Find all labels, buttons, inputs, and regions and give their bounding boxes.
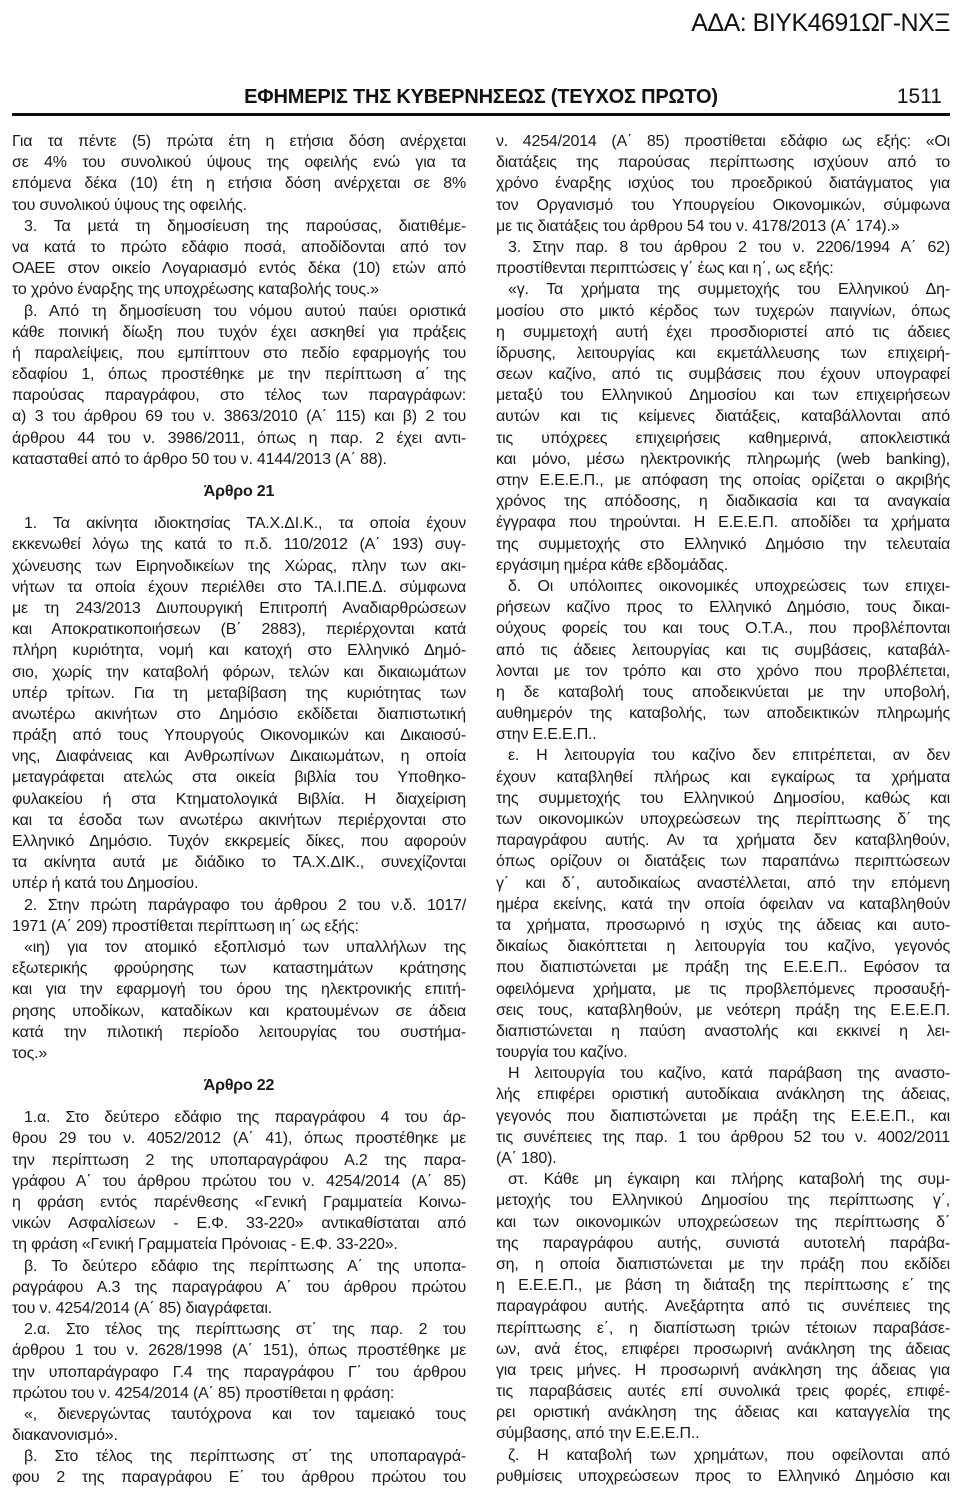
text-line: διακανονισμό».: [12, 1425, 466, 1446]
text-line: 1971 (Α΄ 209) προστίθεται περίπτωση ιη΄ …: [12, 916, 466, 937]
text-line: με τις διατάξεις του άρθρου 54 του ν. 41…: [496, 216, 950, 237]
text-line: και Αποκρατικοποιήσεων (Β΄ 2883), περιέρ…: [12, 619, 466, 640]
journal-title: ΕΦΗΜΕΡΙΣ ΤΗΣ ΚΥΒΕΡΝΗΣΕΩΣ (ΤΕΥΧΟΣ ΠΡΩΤΟ): [12, 84, 950, 110]
text-line: σεων καζίνο, από τις συμβάσεις που έχουν…: [496, 364, 950, 385]
text-line: μετοχής του Ελληνικού Δημοσίου της περίπ…: [496, 1190, 950, 1211]
text-line: του ν. 4254/2014 (Α΄ 85) διαγράφεται.: [12, 1298, 466, 1319]
text-line: η φράση εντός παρένθεσης «Γενική Γραμματ…: [12, 1192, 466, 1213]
text-line: επόμενα δέκα (10) έτη η ετήσια δόση ανέρ…: [12, 173, 466, 194]
text-line: του συνολικού ύψους της οφειλής.: [12, 195, 466, 216]
text-line: ρησης υποδίκων, καταδίκων και κρατουμένω…: [12, 1001, 466, 1022]
text-line: διαπιστώνεται η παύση αναστολής και εκκι…: [496, 1021, 950, 1042]
text-line: τα ακίνητα αυτά με διάδικο το ΤΑ.Χ.ΔΙΚ.,…: [12, 852, 466, 873]
text-line: αυθημερόν της καταβολής, των αποδεικτικώ…: [496, 703, 950, 724]
text-line: το χρόνο έναρξης της υποχρέωσης καταβολή…: [12, 279, 466, 300]
text-line: ή παραλείψεις, που εμπίπτουν στο πεδίο ε…: [12, 343, 466, 364]
text-line: οφειλόμενα χρήματα, με τις προβλεπόμενες…: [496, 979, 950, 1000]
text-line: τη φράση «Γενική Γραμματεία Πρόνοιας - Ε…: [12, 1234, 466, 1255]
text-line: πλήρη κυριότητα, νομή και κατοχή στο Ελλ…: [12, 640, 466, 661]
text-line: «γ. Τα χρήματα της συμμετοχής του Ελληνι…: [496, 279, 950, 300]
text-line: από τις άδειες λειτουργίας και τις συμβά…: [496, 640, 950, 661]
text-line: παρούσας παραγράφου, στο τέλος των παραγ…: [12, 385, 466, 406]
text-line: ση, η οποία διαπιστώνεται με την πράξη π…: [496, 1254, 950, 1275]
text-columns: Για τα πέντε (5) πρώτα έτη η ετήσια δόση…: [12, 131, 950, 1489]
text-line: ρυθμίσεις υποχρεώσεων προς το Ελληνικό Δ…: [496, 1466, 950, 1487]
text-line: άρθρου 44 του ν. 3986/2011, όπως η παρ. …: [12, 428, 466, 449]
text-line: πράξη από τους Υπουργούς Οικονομικών και…: [12, 725, 466, 746]
left-column: Για τα πέντε (5) πρώτα έτη η ετήσια δόση…: [12, 131, 466, 1489]
text-line: στ. Κάθε μη έγκαιρη και πλήρης καταβολή …: [496, 1169, 950, 1190]
text-line: 3. Τα μετά τη δημοσίευση της παρούσας, δ…: [12, 216, 466, 237]
page-number: 1511: [897, 84, 942, 110]
text-line: η δε καταβολή τους αποδεικνύεται με την …: [496, 682, 950, 703]
text-line: σιο, χωρίς την καταβολή φόρων, τελών και…: [12, 662, 466, 683]
text-line: όπως ορίζουν οι διατάξεις των παραπάνω π…: [496, 851, 950, 872]
header-rule: [12, 113, 950, 116]
text-line: έχουν καταβληθεί πλήρως και εγκαίρως τα …: [496, 767, 950, 788]
text-line: νικών Ασφαλίσεων - Ε.Φ. 33-220» αντικαθί…: [12, 1213, 466, 1234]
text-line: η Ε.Ε.Ε.Π., με βάση τη διάταξη της περίπ…: [496, 1275, 950, 1296]
text-line: λής επιφέρει οριστική αυτοδίκαια ανάκλησ…: [496, 1084, 950, 1105]
text-line: γεγονός που διαπιστώνεται με πράξη της Ε…: [496, 1106, 950, 1127]
text-line: φου 2 της παραγράφου Ε΄ του άρθρου πρώτο…: [12, 1467, 466, 1488]
text-line: Ελληνικό Δημόσιο. Τυχόν εκκρεμείς δίκες,…: [12, 831, 466, 852]
text-line: β. Από τη δημοσίευση του νόμου αυτού παύ…: [12, 301, 466, 322]
text-line: Για τα πέντε (5) πρώτα έτη η ετήσια δόση…: [12, 131, 466, 152]
text-line: μεταγράφεται ατελώς στα οικεία βιβλία το…: [12, 767, 466, 788]
text-line: ων, ανά έτος, επιφέρει προσωρινή ανάκλησ…: [496, 1339, 950, 1360]
text-line: τις παραβάσεις αυτές επί συνολικά τρεις …: [496, 1381, 950, 1402]
text-line: υπέρ τρίτων. Για τη μεταβίβαση της κυριό…: [12, 683, 466, 704]
text-line: θρου 29 του ν. 4052/2012 (Α΄ 41), όπως π…: [12, 1128, 466, 1149]
text-line: εργάσιμη ημέρα κάθε εβδομάδας.: [496, 555, 950, 576]
text-line: α) 3 του άρθρου 69 του ν. 3863/2010 (Α΄ …: [12, 406, 466, 427]
text-line: διατάξεις της παρούσας περίπτωσης ισχύου…: [496, 152, 950, 173]
text-line: που διαπιστώνεται με πράξη της Ε.Ε.Ε.Π..…: [496, 957, 950, 978]
text-line: εξωτερικής φρούρησης των καταστημάτων κρ…: [12, 958, 466, 979]
text-line: 2.α. Στο τέλος της περίπτωσης στ΄ της πα…: [12, 1319, 466, 1340]
text-line: περίπτωσης ε΄, η διαπίστωση τριών τέτοιω…: [496, 1318, 950, 1339]
text-line: παραγράφου αυτής. Αν τα χρήματα δεν κατα…: [496, 830, 950, 851]
text-line: χώνευσης των Ειρηνοδικείων της Χώρας, πλ…: [12, 556, 466, 577]
text-line: έγγραφα που τηρούνται. Η Ε.Ε.Ε.Π. αποδίδ…: [496, 512, 950, 533]
text-line: στην Ε.Ε.Ε.Π., με απόφαση της οποίας ορί…: [496, 470, 950, 491]
text-line: την περίπτωση 2 της υποπαραγράφου Α.2 τη…: [12, 1150, 466, 1171]
text-line: β. Στο τέλος της περίπτωσης στ΄ της υποπ…: [12, 1446, 466, 1467]
text-line: με τη 243/2013 Διυπουργική Επιτροπή Αναδ…: [12, 598, 466, 619]
gazette-page: ΑΔΑ: ΒΙΥΚ4691ΩΓ-ΝΧΞ ΕΦΗΜΕΡΙΣ ΤΗΣ ΚΥΒΕΡΝΗ…: [0, 0, 960, 1495]
text-line: και των οικονομικών υποχρεώσεων της περί…: [496, 1212, 950, 1233]
text-line: να κατά το πρώτο εδάφιο ποσά, αποδίδοντα…: [12, 237, 466, 258]
text-line: ρήσεων καζίνο προς το Ελληνικό Δημόσιο, …: [496, 597, 950, 618]
text-line: στην Ε.Ε.Ε.Π..: [496, 724, 950, 745]
text-line: δ. Οι υπόλοιπες οικονομικές υποχρεώσεις …: [496, 576, 950, 597]
text-line: νης, Διαφάνειας και Ανθρωπίνων Δικαιωμάτ…: [12, 746, 466, 767]
text-line: και για την εφαρμογή του όρου της ηλεκτρ…: [12, 979, 466, 1000]
text-line: ρει οριστική ανάκληση της άδειας και κατ…: [496, 1402, 950, 1423]
text-line: δικαίως διακόπτεται η λειτουργία του καζ…: [496, 936, 950, 957]
text-line: γράφου Α΄ του άρθρου πρώτου του ν. 4254/…: [12, 1171, 466, 1192]
text-line: προστίθενται περιπτώσεις γ΄ έως και η΄, …: [496, 258, 950, 279]
text-line: πρώτου του ν. 4254/2014 (Α΄ 85) προστίθε…: [12, 1383, 466, 1404]
text-line: παραγράφου αυτής. Ανεξάρτητα από τις συν…: [496, 1296, 950, 1317]
text-line: της συμμετοχής του Ελληνικού Δημοσίου, κ…: [496, 788, 950, 809]
text-line: ραγράφου Α.3 της παραγράφου Α΄ του άρθρο…: [12, 1277, 466, 1298]
article-heading: Άρθρο 21: [12, 481, 466, 502]
text-line: ανωτέρω ακινήτων στο Δημόσιο εκδίδεται δ…: [12, 704, 466, 725]
text-line: κατασταθεί από το άρθρο 50 του ν. 4144/2…: [12, 449, 466, 470]
text-line: εκκενωθεί λόγω της κατά το π.δ. 110/2012…: [12, 534, 466, 555]
text-line: 3. Στην παρ. 8 του άρθρου 2 του ν. 2206/…: [496, 237, 950, 258]
text-line: χρόνος της απόδοσης, η διαδικασία και τα…: [496, 491, 950, 512]
text-line: και μόνο, μέσω ηλεκτρονικής πληρωμής (we…: [496, 449, 950, 470]
text-line: ΟΑΕΕ στον οικείο Λογαριασμό εντός δέκα (…: [12, 258, 466, 279]
text-line: γ΄ και δ΄, αυτοδικαίως αναστέλλεται, από…: [496, 873, 950, 894]
text-line: για τρεις μήνες. Η προσωρινή ανάκληση τη…: [496, 1360, 950, 1381]
text-line: Η λειτουργία του καζίνο, κατά παράβαση τ…: [496, 1063, 950, 1084]
text-line: κατά την πιλοτική περίοδο λειτουργίας το…: [12, 1022, 466, 1043]
text-line: 1.α. Στο δεύτερο εδάφιο της παραγράφου 4…: [12, 1107, 466, 1128]
text-line: εδαφίου 1, όπως προστέθηκε με την περίπτ…: [12, 364, 466, 385]
text-line: ούχους φορείς του και τους Ο.Τ.Α., που π…: [496, 618, 950, 639]
text-line: σεις τους, καταβληθούν, με νεότερη πράξη…: [496, 1000, 950, 1021]
text-line: κάθε ποινική δίωξη που τυχόν έχει ασκηθε…: [12, 322, 466, 343]
right-column: ν. 4254/2014 (Α΄ 85) προστίθεται εδάφιο …: [496, 131, 950, 1489]
text-line: ε. Η λειτουργία του καζίνο δεν επιτρέπετ…: [496, 745, 950, 766]
text-line: σε 4% του συνολικού ύψους της οφειλής εν…: [12, 152, 466, 173]
text-line: μεταξύ του Ελληνικού Δημοσίου και των επ…: [496, 385, 950, 406]
text-line: αυτών και τις κείμενες διατάξεις, καταβά…: [496, 406, 950, 427]
text-line: β. Το δεύτερο εδάφιο της περίπτωσης Α΄ τ…: [12, 1256, 466, 1277]
text-line: τον Οργανισμό του Υπουργείου Οικονομικών…: [496, 195, 950, 216]
text-line: και τα έσοδα των ανωτέρω ακινήτων περιέρ…: [12, 810, 466, 831]
text-line: νήτων τα οποία έχουν περιέλθει στο ΤΑ.Ι.…: [12, 577, 466, 598]
text-line: μοσίου στο μικτό κέρδος των τυχερών παιγ…: [496, 301, 950, 322]
text-line: 1. Τα ακίνητα ιδιοκτησίας ΤΑ.Χ.ΔΙ.Κ., τα…: [12, 513, 466, 534]
text-line: ζ. Η καταβολή των χρημάτων, που οφείλοντ…: [496, 1445, 950, 1466]
text-line: «, διενεργώντας ταυτόχρονα και τον ταμει…: [12, 1404, 466, 1425]
text-line: «ιη) για τον ατομικό εξοπλισμό των υπαλλ…: [12, 937, 466, 958]
text-line: υπέρ ή κατά του Δημοσίου.: [12, 873, 466, 894]
text-line: ίδρυσης, λειτουργίας και εκμετάλλευσης τ…: [496, 343, 950, 364]
text-line: φυλακείου ή στα Κτηματολογικά Βιβλία. Η …: [12, 789, 466, 810]
text-line: 2. Στην πρώτη παράγραφο του άρθρου 2 του…: [12, 895, 466, 916]
text-line: άρθρου 1 του ν. 2628/1998 (Α΄ 151), όπως…: [12, 1340, 466, 1361]
text-line: τις συνέπειες της παρ. 1 του άρθρου 52 τ…: [496, 1127, 950, 1148]
text-line: τα χρήματα, προσωρινό η ισχύς της άδειας…: [496, 915, 950, 936]
text-line: τος.»: [12, 1043, 466, 1064]
text-line: (Α΄ 180).: [496, 1148, 950, 1169]
text-line: σύμβασης, από την Ε.Ε.Ε.Π..: [496, 1423, 950, 1444]
text-line: ν. 4254/2014 (Α΄ 85) προστίθεται εδάφιο …: [496, 131, 950, 152]
text-line: την υποπαράγραφο Γ.4 της παραγράφου Γ΄ τ…: [12, 1362, 466, 1383]
text-line: ημέρα εκείνης, κατά την οποία όφειλαν να…: [496, 894, 950, 915]
text-line: της παραγράφου αυτής, συνιστά αυτοτελή π…: [496, 1233, 950, 1254]
text-line: της συμμετοχής στο Ελληνικό Δημόσιο την …: [496, 534, 950, 555]
text-line: λονται με τον τρόπο και στο χρόνο που πρ…: [496, 661, 950, 682]
text-line: τις υπόχρεες επιχειρήσεις καθημερινά, απ…: [496, 428, 950, 449]
text-line: των οικονομικών υποχρεώσεων της περίπτωσ…: [496, 809, 950, 830]
article-heading: Άρθρο 22: [12, 1075, 466, 1096]
ada-code: ΑΔΑ: ΒΙΥΚ4691ΩΓ-ΝΧΞ: [12, 6, 950, 40]
text-line: τουργία του καζίνο.: [496, 1042, 950, 1063]
text-line: η συμμετοχή αυτή έχει προσδιοριστεί από …: [496, 322, 950, 343]
text-line: χρόνο έναρξης ισχύος του προεδρικού διατ…: [496, 173, 950, 194]
page-header: ΕΦΗΜΕΡΙΣ ΤΗΣ ΚΥΒΕΡΝΗΣΕΩΣ (ΤΕΥΧΟΣ ΠΡΩΤΟ) …: [12, 84, 950, 110]
